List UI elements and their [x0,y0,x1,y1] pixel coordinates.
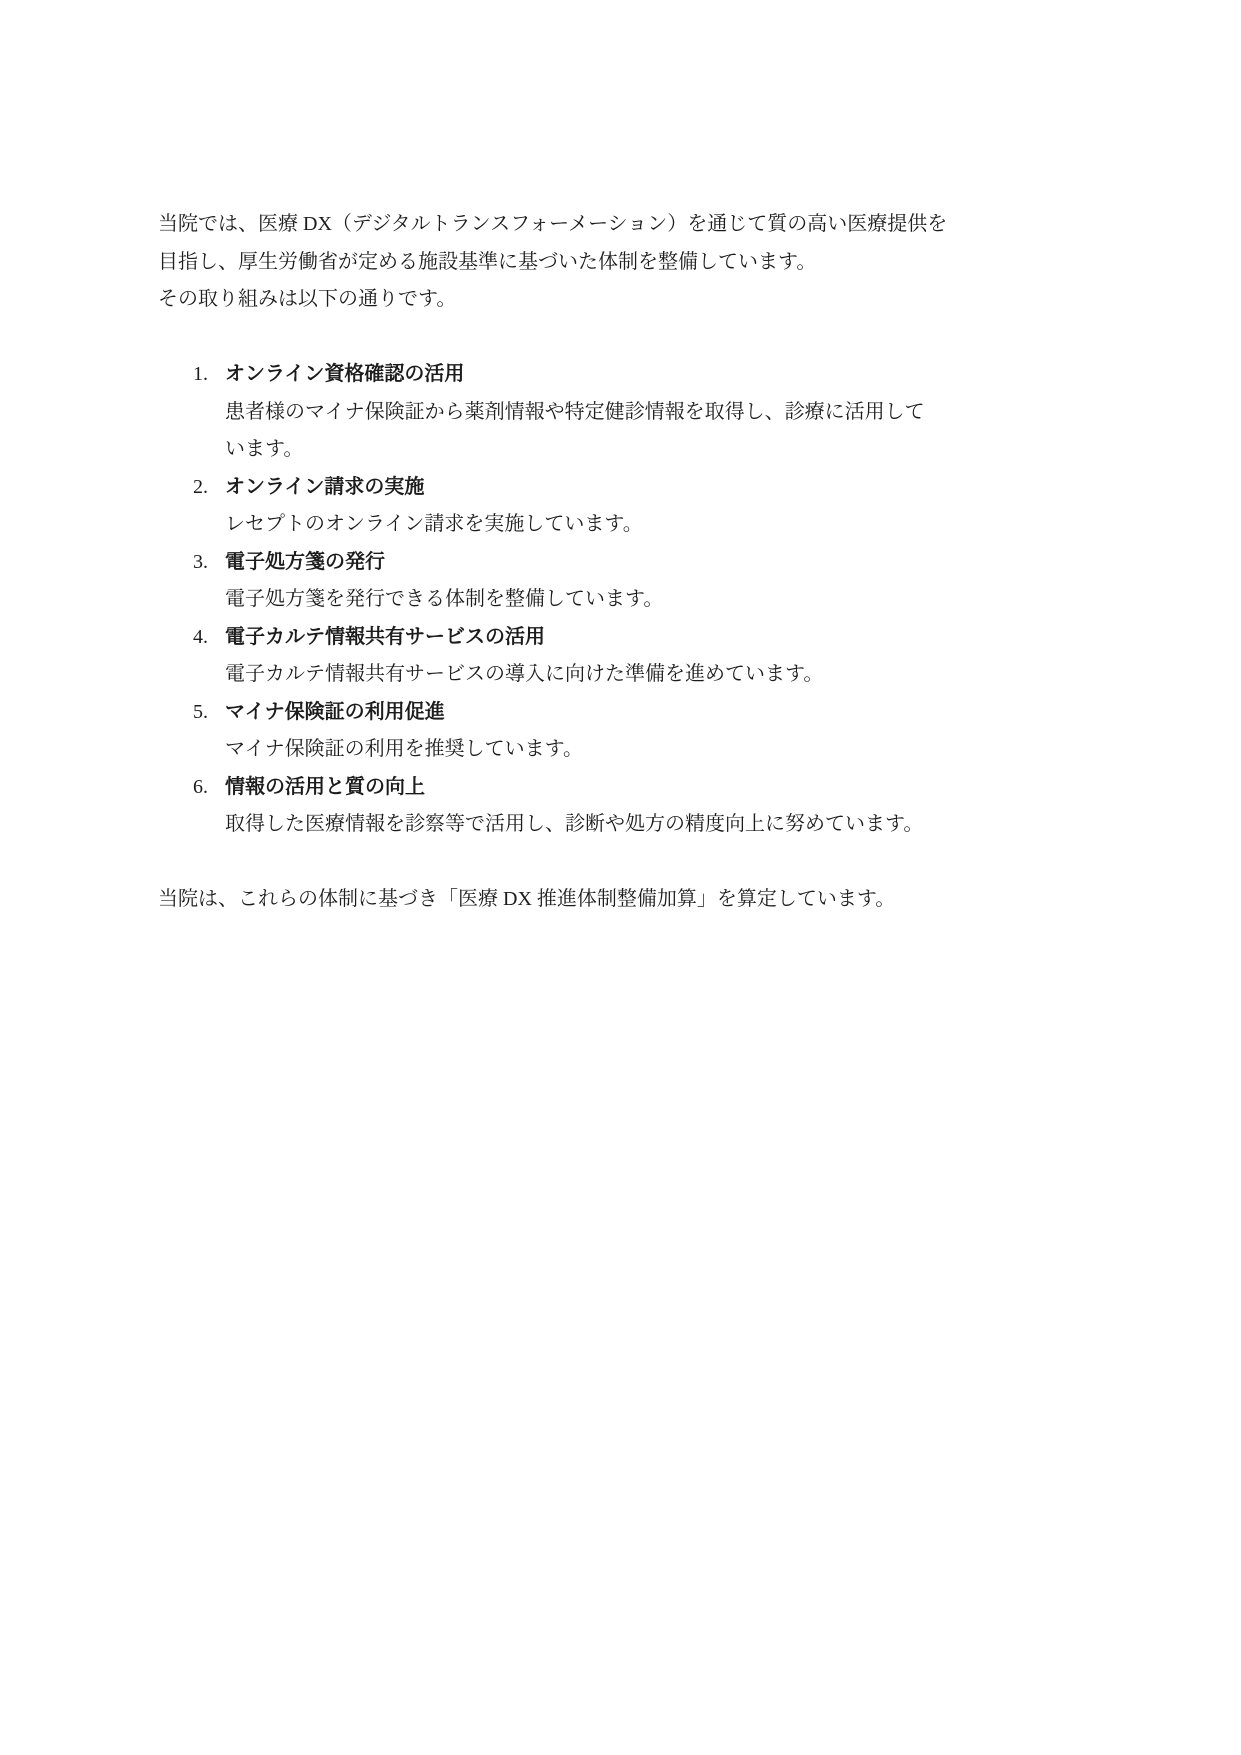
list-item-heading: 5. マイナ保険証の利用促進 [158,694,1148,732]
list-item-title: オンライン請求の実施 [225,469,424,507]
list-item: 5. マイナ保険証の利用促進 マイナ保険証の利用を推奨しています。 [158,694,1148,769]
list-item: 6. 情報の活用と質の向上 取得した医療情報を診察等で活用し、診断や処方の精度向… [158,769,1148,844]
list-item: 2. オンライン請求の実施 レセプトのオンライン請求を実施しています。 [158,469,1148,544]
list-item: 1. オンライン資格確認の活用 患者様のマイナ保険証から薬剤情報や特定健診情報を… [158,356,1148,469]
list-item-heading: 3. 電子処方箋の発行 [158,544,1148,582]
list-item-number: 3. [193,544,208,582]
closing-paragraph: 当院は、これらの体制に基づき「医療 DX 推進体制整備加算」を算定しています。 [158,881,1148,919]
list-item-number: 1. [193,356,208,394]
list-item-number: 6. [193,769,208,807]
list-item-heading: 1. オンライン資格確認の活用 [158,356,1148,394]
intro-line-3: その取り組みは以下の通りです。 [158,281,1148,319]
list-item-title: マイナ保険証の利用促進 [225,694,445,732]
closing-line: 当院は、これらの体制に基づき「医療 DX 推進体制整備加算」を算定しています。 [158,881,1148,919]
list-item-description: います。 [225,431,1148,469]
list-item-description: マイナ保険証の利用を推奨しています。 [225,731,1148,769]
intro-paragraph: 当院では、医療 DX（デジタルトランスフォーメーション）を通じて質の高い医療提供… [158,206,1148,319]
blank-line [158,844,1148,882]
list-item-title: 電子処方箋の発行 [225,544,385,582]
intro-line-1: 当院では、医療 DX（デジタルトランスフォーメーション）を通じて質の高い医療提供… [158,206,1148,244]
blank-line [158,319,1148,357]
list-item-title: 情報の活用と質の向上 [225,769,425,807]
list-item: 4. 電子カルテ情報共有サービスの活用 電子カルテ情報共有サービスの導入に向けた… [158,619,1148,694]
list-item-title: オンライン資格確認の活用 [225,356,464,394]
list-item-heading: 4. 電子カルテ情報共有サービスの活用 [158,619,1148,657]
dx-measures-list: 1. オンライン資格確認の活用 患者様のマイナ保険証から薬剤情報や特定健診情報を… [158,356,1148,844]
document-body: 当院では、医療 DX（デジタルトランスフォーメーション）を通じて質の高い医療提供… [158,206,1148,919]
list-item: 3. 電子処方箋の発行 電子処方箋を発行できる体制を整備しています。 [158,544,1148,619]
list-item-number: 5. [193,694,208,732]
list-item-heading: 2. オンライン請求の実施 [158,469,1148,507]
list-item-description: 電子カルテ情報共有サービスの導入に向けた準備を進めています。 [225,656,1148,694]
intro-line-2: 目指し、厚生労働省が定める施設基準に基づいた体制を整備しています。 [158,244,1148,282]
document-page: 当院では、医療 DX（デジタルトランスフォーメーション）を通じて質の高い医療提供… [0,0,1241,1755]
list-item-title: 電子カルテ情報共有サービスの活用 [225,619,545,657]
list-item-number: 2. [193,469,208,507]
list-item-heading: 6. 情報の活用と質の向上 [158,769,1148,807]
list-item-number: 4. [193,619,208,657]
list-item-description: 取得した医療情報を診察等で活用し、診断や処方の精度向上に努めています。 [225,806,1148,844]
list-item-description: レセプトのオンライン請求を実施しています。 [225,506,1148,544]
list-item-description: 電子処方箋を発行できる体制を整備しています。 [225,581,1148,619]
list-item-description: 患者様のマイナ保険証から薬剤情報や特定健診情報を取得し、診療に活用して [225,394,1148,432]
